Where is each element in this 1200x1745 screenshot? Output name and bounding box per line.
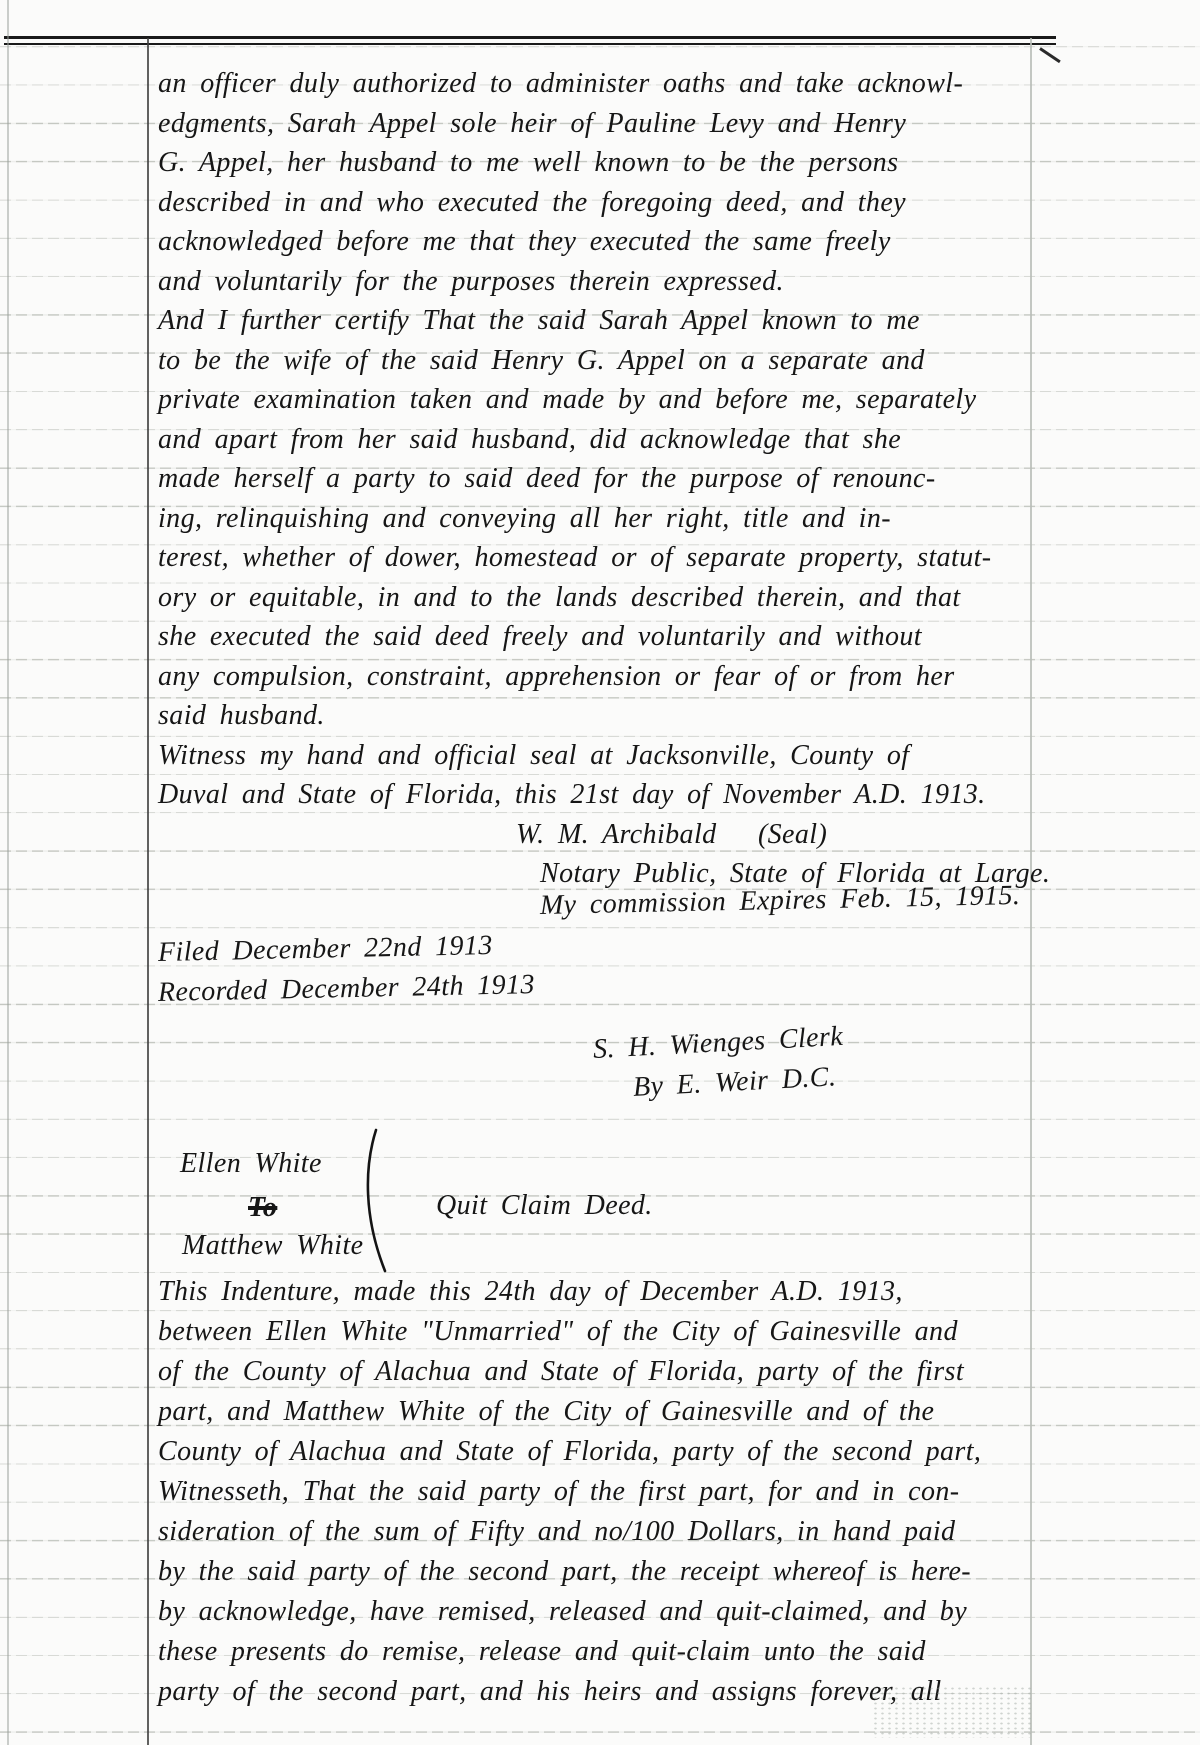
handwritten-line: and apart from her said husband, did ack… bbox=[158, 420, 1050, 460]
handwritten-line: said husband. bbox=[158, 696, 1050, 736]
handwritten-line: to be the wife of the said Henry G. Appe… bbox=[158, 341, 1050, 381]
handwritten-line: G. Appel, her husband to me well known t… bbox=[158, 143, 1050, 183]
handwritten-line: edgments, Sarah Appel sole heir of Pauli… bbox=[158, 104, 1050, 144]
handwritten-line: sideration of the sum of Fifty and no/10… bbox=[158, 1512, 981, 1552]
handwritten-line: of the County of Alachua and State of Fl… bbox=[158, 1352, 981, 1392]
seal-note: (Seal) bbox=[758, 815, 827, 855]
handwritten-line: ing, relinquishing and conveying all her… bbox=[158, 499, 1050, 539]
handwritten-line: Duval and State of Florida, this 21st da… bbox=[158, 775, 1050, 815]
handwritten-line: private examination taken and made by an… bbox=[158, 380, 1050, 420]
left-margin-rule bbox=[147, 38, 149, 1745]
handwritten-line: between Ellen White "Unmarried" of the C… bbox=[158, 1312, 981, 1352]
handwritten-line: she executed the said deed freely and vo… bbox=[158, 617, 1050, 657]
handwritten-line: by the said party of the second part, th… bbox=[158, 1552, 981, 1592]
scan-noise bbox=[872, 1686, 1032, 1738]
handwritten-line: made herself a party to said deed for th… bbox=[158, 459, 1050, 499]
notary-signature-line: W. M. Archibald (Seal) bbox=[158, 815, 1050, 855]
grantee-name: Matthew White bbox=[182, 1230, 364, 1262]
deed-paragraph: This Indenture, made this 24th day of De… bbox=[158, 1272, 981, 1712]
instrument-title: Quit Claim Deed. bbox=[436, 1190, 653, 1222]
handwritten-line: by acknowledge, have remised, released a… bbox=[158, 1592, 981, 1632]
handwritten-line: part, and Matthew White of the City of G… bbox=[158, 1392, 981, 1432]
party-bracket bbox=[352, 1128, 392, 1273]
handwritten-line: ory or equitable, in and to the lands de… bbox=[158, 578, 1050, 618]
handwritten-line: And I further certify That the said Sara… bbox=[158, 301, 1050, 341]
handwritten-line: This Indenture, made this 24th day of De… bbox=[158, 1272, 981, 1312]
notary-signature: W. M. Archibald bbox=[516, 819, 717, 850]
handwritten-line: Witnesseth, That the said party of the f… bbox=[158, 1472, 981, 1512]
party-connector: To bbox=[248, 1192, 277, 1224]
handwritten-line: described in and who executed the forego… bbox=[158, 183, 1050, 223]
handwritten-line: Witness my hand and official seal at Jac… bbox=[158, 736, 1050, 776]
handwritten-line: party of the second part, and his heirs … bbox=[158, 1672, 981, 1712]
deed-book-page: an officer duly authorized to administer… bbox=[0, 0, 1200, 1745]
rule-end-tick bbox=[1039, 47, 1061, 63]
handwritten-line: terest, whether of dower, homestead or o… bbox=[158, 538, 1050, 578]
handwritten-line: acknowledged before me that they execute… bbox=[158, 222, 1050, 262]
acknowledgment-paragraph: an officer duly authorized to administer… bbox=[158, 64, 1050, 1012]
handwritten-line: these presents do remise, release and qu… bbox=[158, 1632, 981, 1672]
handwritten-line: any compulsion, constraint, apprehension… bbox=[158, 657, 1050, 697]
clerk-attestation: S. H. Wienges Clerk By E. Weir D.C. bbox=[592, 1017, 846, 1110]
top-double-rule bbox=[4, 36, 1056, 45]
grantor-name: Ellen White bbox=[180, 1148, 322, 1180]
handwritten-line: and voluntarily for the purposes therein… bbox=[158, 262, 1050, 302]
handwritten-line: an officer duly authorized to administer… bbox=[158, 64, 1050, 104]
left-edge-rule bbox=[7, 0, 9, 1745]
handwritten-line: County of Alachua and State of Florida, … bbox=[158, 1432, 981, 1472]
